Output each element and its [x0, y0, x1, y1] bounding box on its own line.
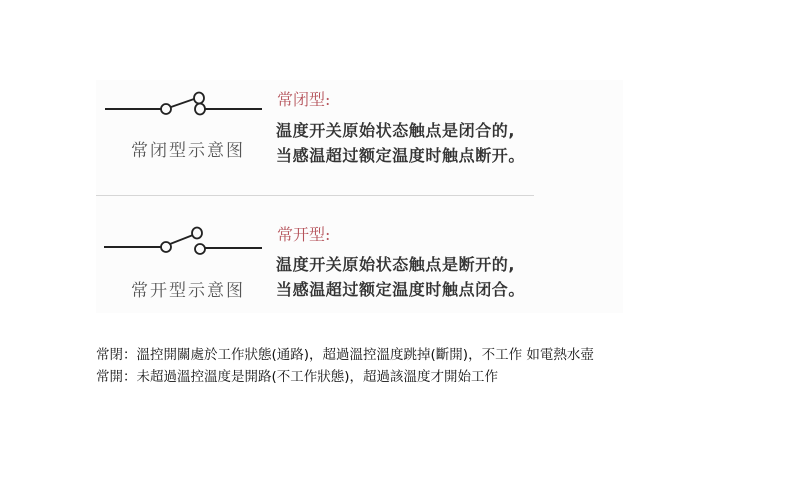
- description-line: 温度开关原始状态触点是闭合的,: [276, 118, 525, 143]
- normally-open-heading: 常开型:: [277, 222, 330, 245]
- normally-open-caption: 常开型示意图: [131, 276, 245, 301]
- note-normally-closed: 常閉：溫控開關處於工作狀態(通路)，超過溫控溫度跳掉(斷開)，不工作 如電熱水壺: [96, 344, 594, 366]
- note-normally-open: 常開：未超過溫控溫度是開路(不工作狀態)，超過該溫度才開始工作: [96, 366, 594, 388]
- normally-closed-switch-icon: [96, 80, 276, 140]
- normally-open-switch-icon: [96, 197, 276, 267]
- switch-type-figure: 常闭型示意图 常闭型: 温度开关原始状态触点是闭合的, 当感温超过额定温度时触点…: [96, 80, 623, 313]
- description-line: 当感温超过额定温度时触点闭合。: [276, 277, 525, 302]
- description-line: 当感温超过额定温度时触点断开。: [276, 143, 525, 168]
- description-line: 温度开关原始状态触点是断开的,: [276, 252, 525, 277]
- panel-divider: [96, 195, 534, 196]
- explanation-notes: 常閉：溫控開關處於工作狀態(通路)，超過溫控溫度跳掉(斷開)，不工作 如電熱水壺…: [96, 344, 594, 388]
- normally-closed-panel: 常闭型示意图 常闭型: 温度开关原始状态触点是闭合的, 当感温超过额定温度时触点…: [96, 80, 623, 196]
- normally-open-description: 温度开关原始状态触点是断开的, 当感温超过额定温度时触点闭合。: [276, 252, 525, 302]
- normally-open-panel: 常开型示意图 常开型: 温度开关原始状态触点是断开的, 当感温超过额定温度时触点…: [96, 197, 623, 313]
- normally-closed-description: 温度开关原始状态触点是闭合的, 当感温超过额定温度时触点断开。: [276, 118, 525, 168]
- normally-closed-heading: 常闭型:: [277, 87, 330, 110]
- normally-closed-caption: 常闭型示意图: [131, 136, 245, 161]
